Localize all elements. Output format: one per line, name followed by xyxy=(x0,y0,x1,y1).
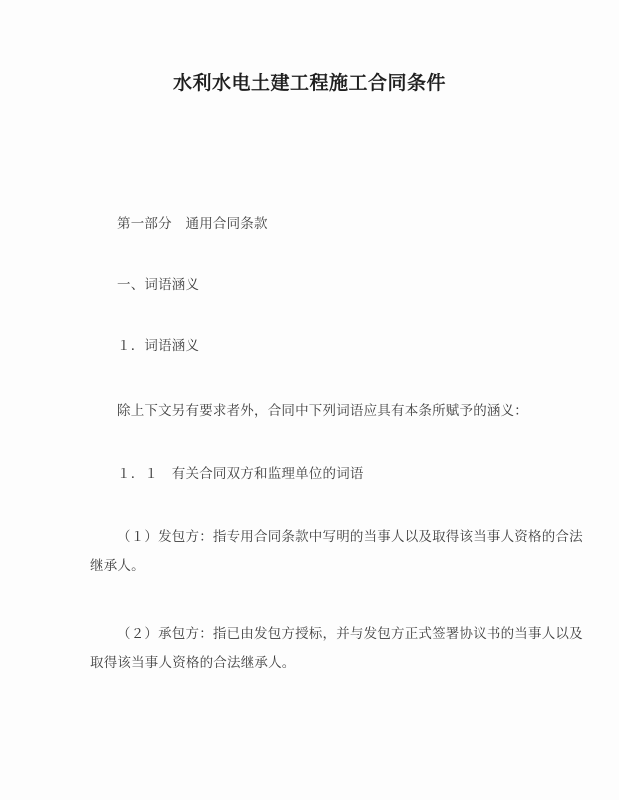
part1-section-heading: 第一部分 通用合同条款 xyxy=(117,216,268,231)
definition-contractor-line-1: （２）承包方：指已由发包方授标，并与发包方正式签署协议书的当事人以及 xyxy=(117,626,583,641)
document-title: 水利水电土建工程施工合同条件 xyxy=(0,73,619,94)
clause-1-heading: １．词语涵义 xyxy=(117,338,199,353)
clause-1-intro-text: 除上下文另有要求者外，合同中下列词语应具有本条所赋予的涵义： xyxy=(117,403,528,418)
document-page: 水利水电土建工程施工合同条件 第一部分 通用合同条款 一、词语涵义 １．词语涵义… xyxy=(0,0,619,800)
clause-1-1-heading: １．１ 有关合同双方和监理单位的词语 xyxy=(117,466,364,481)
chapter-heading-terms-meaning: 一、词语涵义 xyxy=(117,277,199,292)
definition-contractor-line-2: 取得该当事人资格的合法继承人。 xyxy=(90,655,296,670)
definition-employer-line-2: 继承人。 xyxy=(90,558,145,573)
definition-employer-line-1: （１）发包方：指专用合同条款中写明的当事人以及取得该当事人资格的合法 xyxy=(117,529,583,544)
